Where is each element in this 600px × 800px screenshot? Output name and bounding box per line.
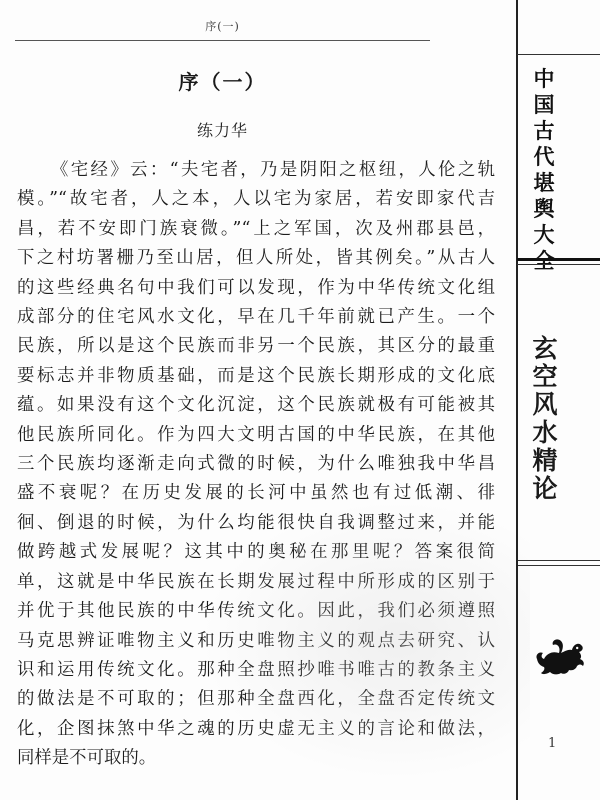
text-line: 做跨越式发展呢？这其中的奥秘在那里呢？答案很简: [17, 538, 495, 567]
book-title-char: 玄: [530, 335, 560, 363]
text-line: 下之村坊署栅乃至山居，但人所处，皆其例矣。”从古人: [17, 244, 495, 273]
series-title-char: 代: [532, 144, 556, 170]
text-line: 他民族所同化。作为四大文明古国的中华民族，在其他: [17, 421, 495, 450]
book-title-char: 风: [530, 391, 560, 419]
text-line: 民族，所以是这个民族而非另一个民族，其区分的最重: [17, 332, 495, 361]
series-title-char: 堪: [532, 170, 556, 196]
text-line: 并优于其他民族的中华传统文化。因此，我们必须遵照: [17, 597, 495, 626]
series-title-char: 大: [532, 222, 556, 248]
text-line: 《宅经》云：“夫宅者，乃是阴阳之枢纽，人伦之轨: [17, 156, 495, 185]
text-line: 徊、倒退的时候，为什么均能很快自我调整过来，并能: [17, 509, 495, 538]
page-number: 1: [548, 736, 556, 751]
text-line: 蕴。如果没有这个文化沉淀，这个民族就极有可能被其: [17, 391, 495, 420]
text-line: 三个民族均逐渐走向式微的时候，为什么唯独我中华昌: [17, 450, 495, 479]
text-line: 的做法是不可取的；但那种全盘西化，全盘否定传统文: [17, 685, 495, 714]
running-header: 序(一): [15, 18, 430, 34]
book-title-char: 精: [530, 447, 560, 475]
sidebar-rule: [517, 54, 600, 55]
text-line: 识和运用传统文化。那种全盘照抄唯书唯古的教条主义: [17, 656, 495, 685]
text-line: 同样是不可取的。: [17, 744, 495, 773]
series-title: 中 国 古 代 堪 舆 大 全: [532, 66, 556, 274]
text-line: 要标志并非物质基础，而是这个民族长期形成的文化底: [17, 362, 495, 391]
chapter-title: 序（一）: [15, 66, 430, 95]
text-line: 模。”“故宅者，人之本，人以宅为家居，若安即家代吉: [17, 185, 495, 214]
text-line: 盛不衰呢？在历史发展的长河中虽然也有过低潮、徘: [17, 479, 495, 508]
text-line: 成部分的住宅风水文化，早在几千年前就已产生。一个: [17, 303, 495, 332]
book-page: 序(一) 序（一） 练力华 《宅经》云：“夫宅者，乃是阴阳之枢纽，人伦之轨 模。…: [0, 0, 600, 800]
sidebar-rule-thick: [517, 258, 600, 261]
mythical-beast-emblem-icon: [531, 633, 587, 679]
book-title-char: 水: [530, 419, 560, 447]
series-title-char: 国: [532, 92, 556, 118]
body-paragraph: 《宅经》云：“夫宅者，乃是阴阳之枢纽，人伦之轨 模。”“故宅者，人之本，人以宅为…: [17, 156, 495, 774]
header-rule: [15, 40, 430, 41]
sidebar-rule: [518, 565, 600, 566]
sidebar-border: [516, 0, 518, 800]
series-title-char: 中: [532, 66, 556, 92]
text-line: 昌，若不安即门族衰微。”“上之军国，次及州郡县邑，: [17, 215, 495, 244]
text-line: 化，企图抹煞中华之魂的历史虚无主义的言论和做法，: [17, 715, 495, 744]
author-name: 练力华: [15, 118, 430, 141]
series-title-char: 古: [532, 118, 556, 144]
text-line: 的这些经典名句中我们可以发现，作为中华传统文化组: [17, 274, 495, 303]
book-title: 玄 空 风 水 精 论: [530, 335, 560, 503]
series-title-char: 全: [532, 248, 556, 274]
book-title-char: 空: [530, 363, 560, 391]
book-title-char: 论: [530, 475, 560, 503]
text-line: 马克思辨证唯物主义和历史唯物主义的观点去研究、认: [17, 627, 495, 656]
series-title-char: 舆: [532, 196, 556, 222]
text-line: 单，这就是中华民族在长期发展过程中所形成的区别于: [17, 568, 495, 597]
sidebar-rule: [517, 264, 600, 265]
sidebar-rule: [518, 560, 600, 561]
